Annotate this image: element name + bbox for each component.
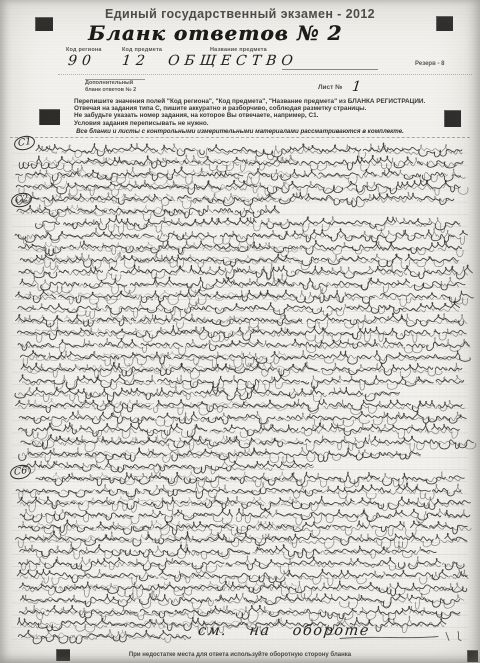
additional-blank-label: Дополнительный бланк ответов № 2 (85, 80, 136, 93)
subject-name-value: ОБЩЕСТВО (167, 53, 298, 69)
complect-notice: Все бланки и листы с контрольными измери… (0, 128, 480, 135)
separator-line (10, 137, 470, 138)
handwritten-answer-area: С1 С2 С6 (0, 140, 480, 650)
form-title: Бланк ответов № 2 (88, 21, 342, 45)
field-row-rule (58, 74, 472, 75)
scanned-exam-sheet: Единый государственный экзамен - 2012 Бл… (0, 0, 480, 663)
instruction-line: Условия задания переписывать не нужно. (74, 120, 472, 127)
instruction-line: Не забудьте указать номер задания, на ко… (74, 112, 472, 119)
registration-mark (39, 109, 60, 125)
sheet-number-label: Лист № (318, 84, 342, 91)
subject-name-underline (282, 69, 378, 70)
region-code-value: 90 (67, 53, 97, 69)
footer-note: При недостатке места для ответа использу… (0, 652, 480, 658)
exam-header-title: Единый государственный экзамен - 2012 (0, 7, 480, 21)
reserve-label: Резерв - 8 (415, 61, 444, 67)
legible-handwriting-fragment: см. на обороте (197, 623, 371, 639)
sheet-number-value: 1 (351, 79, 362, 95)
instructions-block: Перепишите значения полей "Код региона",… (74, 98, 472, 127)
handwriting-scrawl (0, 140, 480, 650)
subject-code-value: 12 (121, 53, 151, 69)
